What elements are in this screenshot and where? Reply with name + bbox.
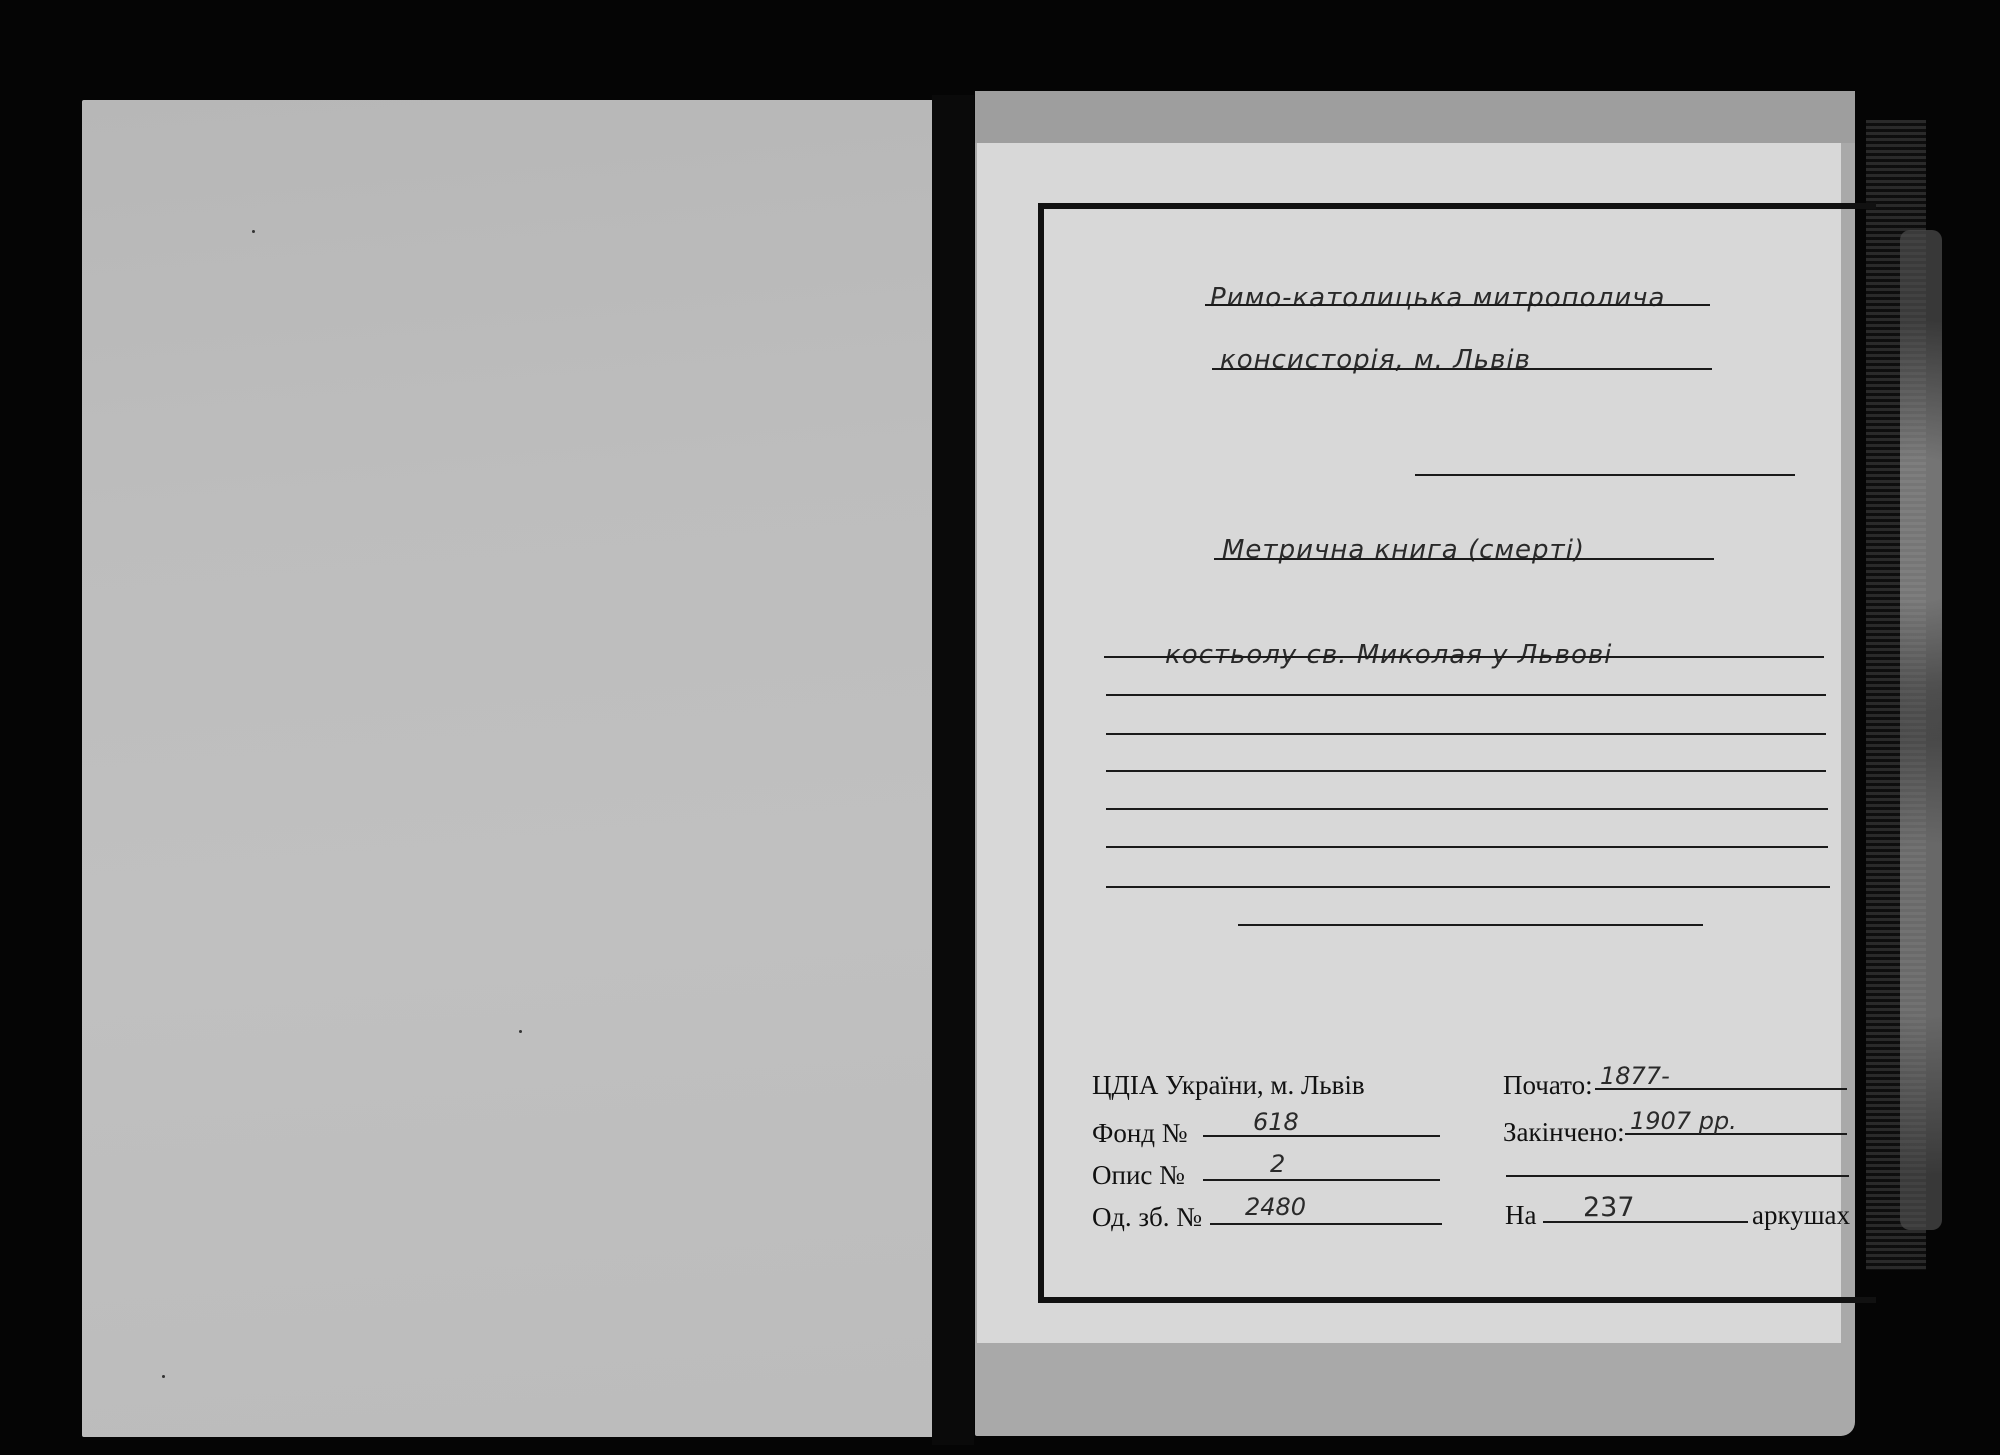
blank-underline [1238, 924, 1703, 926]
started-value: 1877- [1600, 1062, 1670, 1090]
blank-underline [1106, 886, 1830, 888]
fond-value: 618 [1253, 1108, 1299, 1136]
underline [1212, 368, 1712, 370]
left-page-blank-sheet [82, 100, 952, 1437]
od-zb-value: 2480 [1245, 1193, 1306, 1221]
opys-label: Опис № [1092, 1160, 1185, 1191]
blank-underline [1106, 733, 1826, 735]
underline [1205, 304, 1710, 306]
underline [1104, 656, 1824, 658]
ended-value: 1907 рр. [1630, 1107, 1737, 1135]
blank-underline [1106, 770, 1826, 772]
archive-name: ЦДІА України, м. Львів [1092, 1070, 1365, 1101]
subject-line: костьолу св. Миколая у Львові [1165, 640, 1612, 670]
sheets-prefix: На [1505, 1200, 1536, 1231]
od-zb-label: Од. зб. № [1092, 1202, 1202, 1233]
paper-speck [162, 1375, 165, 1378]
blank-underline [1106, 846, 1828, 848]
underline [1203, 1135, 1440, 1137]
sheets-suffix: аркушах [1752, 1200, 1850, 1231]
cover-top-strip [975, 91, 1855, 143]
institution-line-1: Римо-католицька митрополича [1210, 283, 1665, 313]
blank-underline [1415, 474, 1795, 476]
blank-underline [1106, 694, 1826, 696]
underline [1214, 558, 1714, 560]
sheets-value: 237 [1583, 1192, 1635, 1223]
cover-edge-damage [1900, 230, 1942, 1230]
started-label: Почато: [1503, 1070, 1593, 1101]
blank-underline [1506, 1175, 1849, 1177]
underline [1210, 1223, 1442, 1225]
ended-label: Закінчено: [1503, 1117, 1625, 1148]
blank-underline [1106, 808, 1828, 810]
document-title-line: Метрична книга (смерті) [1222, 535, 1585, 565]
institution-line-2: консисторія, м. Львів [1220, 345, 1531, 375]
paper-speck [519, 1030, 522, 1033]
paper-speck [252, 230, 255, 233]
underline [1203, 1179, 1440, 1181]
underline [1543, 1221, 1748, 1223]
book-spine-gap [932, 95, 974, 1445]
fond-label: Фонд № [1092, 1118, 1188, 1149]
opys-value: 2 [1270, 1150, 1285, 1178]
